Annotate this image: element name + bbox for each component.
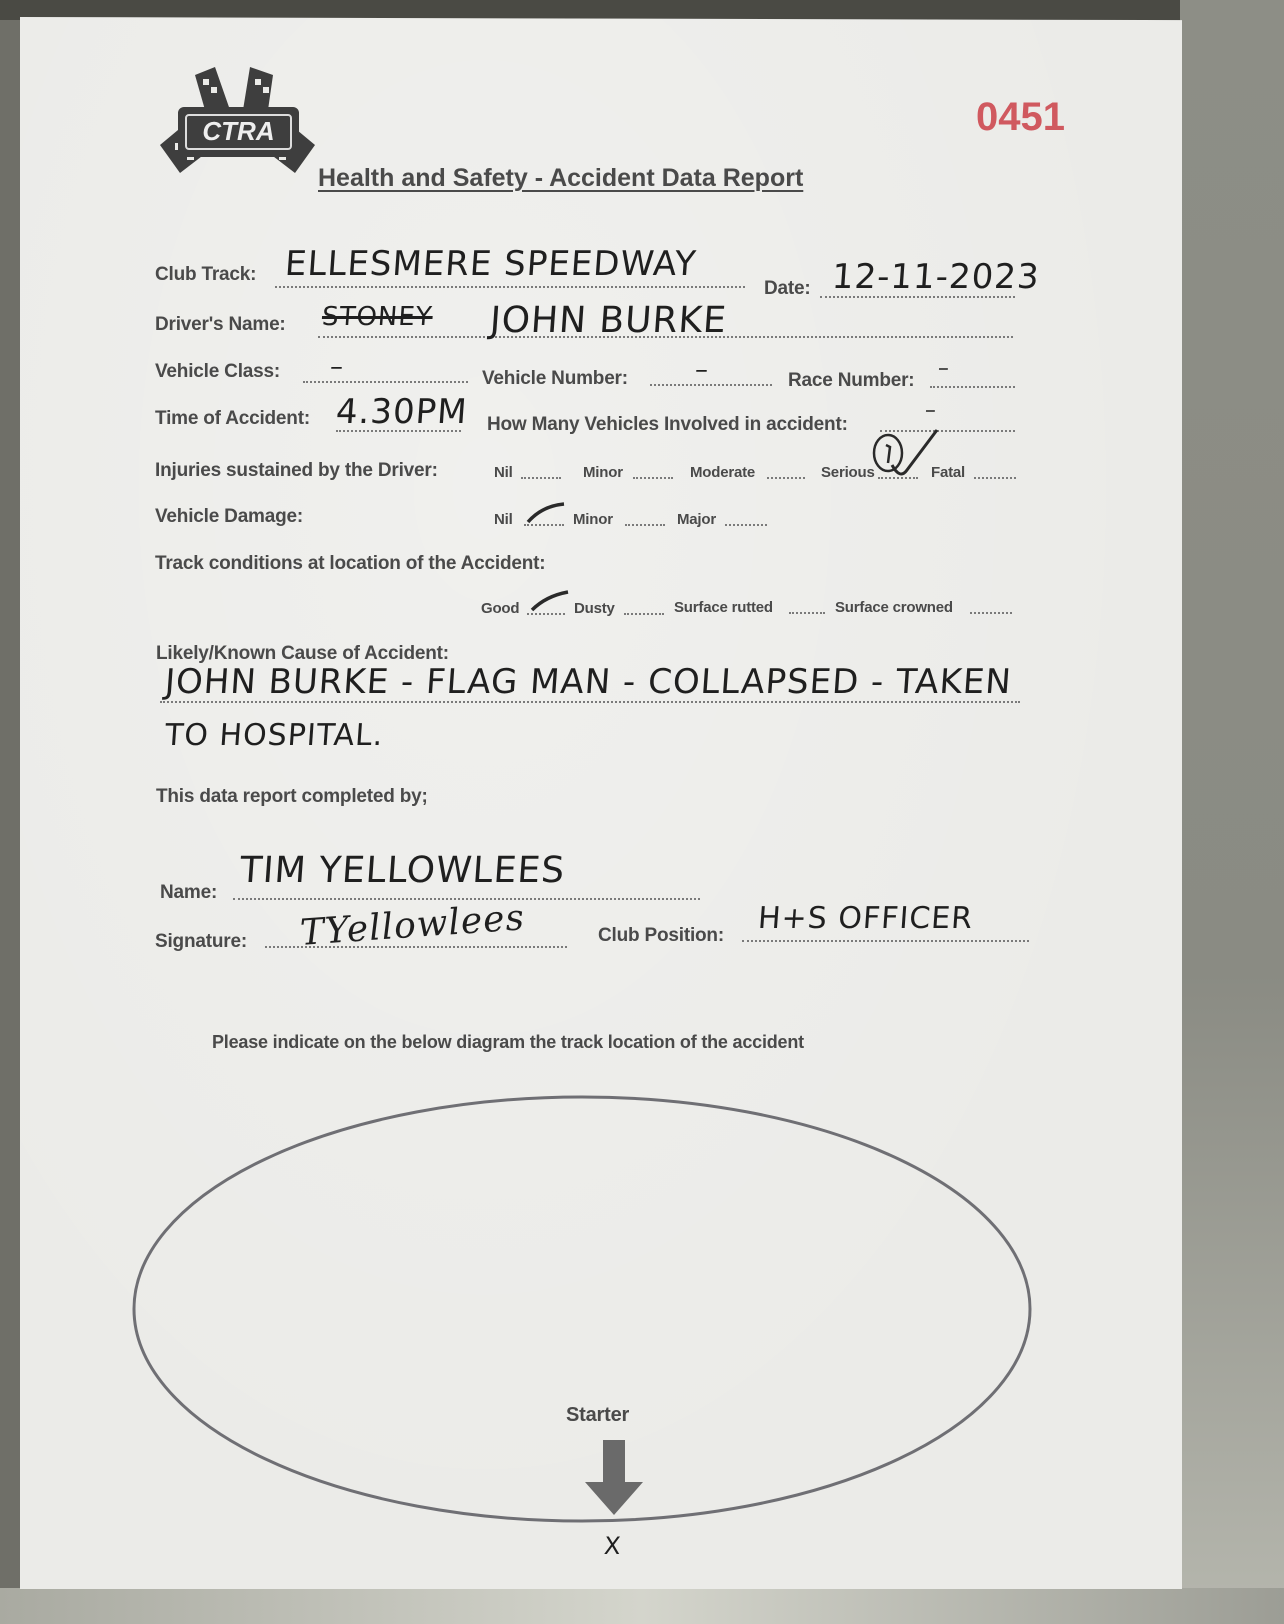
damage-major-line (725, 524, 767, 526)
vehicle-number-value[interactable]: – (694, 355, 710, 385)
vehicles-involved-value[interactable]: – (924, 398, 938, 423)
drivers-name-value[interactable]: JOHN BURKE (489, 300, 729, 341)
date-value[interactable]: 12-11-2023 (831, 257, 1041, 297)
club-track-value[interactable]: ELLESMERE SPEEDWAY (284, 244, 698, 284)
drivers-name-struck: STONEY (321, 302, 434, 332)
nil-checkmark-icon (524, 500, 569, 526)
injury-nil-line (521, 477, 561, 479)
injury-option-minor[interactable]: Minor (583, 464, 623, 481)
signature-label: Signature: (155, 931, 247, 953)
injuries-label: Injuries sustained by the Driver: (155, 460, 438, 482)
injury-moderate-line (767, 477, 805, 479)
track-crowned-line (970, 612, 1012, 614)
injury-option-nil[interactable]: Nil (494, 464, 513, 481)
track-option-good[interactable]: Good (481, 600, 519, 617)
track-dusty-line (624, 613, 664, 615)
race-number-value[interactable]: – (937, 356, 951, 381)
background-surface (1180, 0, 1284, 1624)
club-position-value[interactable]: H+S OFFICER (757, 901, 974, 936)
vehicle-number-label: Vehicle Number: (482, 368, 628, 390)
date-label: Date: (764, 278, 811, 300)
vehicle-class-label: Vehicle Class: (155, 361, 280, 383)
club-track-line (275, 286, 745, 288)
track-option-rutted[interactable]: Surface rutted (674, 599, 773, 616)
track-rutted-line (789, 612, 825, 614)
starter-arrow-head-icon (585, 1482, 643, 1515)
background-top (0, 0, 1284, 20)
cause-text-line-2[interactable]: TO HOSPITAL. (164, 718, 385, 753)
time-label: Time of Accident: (155, 408, 310, 430)
completed-by-heading: This data report completed by; (156, 786, 428, 808)
damage-option-major[interactable]: Major (677, 511, 716, 528)
vehicle-damage-label: Vehicle Damage: (155, 506, 303, 528)
starter-label: Starter (566, 1404, 629, 1427)
cause-text-line-1[interactable]: JOHN BURKE - FLAG MAN - COLLAPSED - TAKE… (164, 662, 1014, 702)
damage-option-nil[interactable]: Nil (494, 511, 513, 528)
starter-arrow-shaft (603, 1440, 625, 1485)
club-position-label: Club Position: (598, 925, 724, 947)
name-value[interactable]: TIM YELLOWLEES (239, 850, 567, 891)
vehicle-class-line (303, 381, 468, 383)
club-position-line (742, 940, 1029, 942)
vehicle-class-value[interactable]: – (329, 352, 345, 382)
time-value[interactable]: 4.30PM (335, 392, 469, 432)
damage-minor-line (625, 524, 665, 526)
injury-option-moderate[interactable]: Moderate (690, 464, 755, 481)
race-number-line (930, 386, 1015, 388)
report-title: Health and Safety - Accident Data Report (318, 164, 803, 193)
name-line (233, 898, 700, 900)
drivers-name-label: Driver's Name: (155, 314, 286, 336)
damage-option-minor[interactable]: Minor (573, 511, 613, 528)
race-number-label: Race Number: (788, 370, 914, 392)
good-checkmark-icon (528, 588, 573, 614)
background-foil (0, 1588, 1284, 1624)
ctra-logo: CTRA (178, 107, 299, 157)
name-label: Name: (160, 882, 217, 904)
vehicles-involved-label: How Many Vehicles Involved in accident: (487, 414, 848, 436)
logo-text: CTRA (185, 114, 292, 150)
club-track-label: Club Track: (155, 264, 256, 286)
serial-number: 0451 (976, 95, 1065, 140)
injury-fatal-line (974, 477, 1016, 479)
injury-minor-line (633, 477, 673, 479)
track-diagram[interactable] (130, 1095, 1040, 1535)
track-option-crowned[interactable]: Surface crowned (835, 599, 953, 616)
track-conditions-label: Track conditions at location of the Acci… (155, 553, 545, 575)
serious-checkmark-icon (862, 425, 952, 485)
track-option-dusty[interactable]: Dusty (574, 600, 615, 617)
vehicle-number-line (650, 384, 772, 386)
diagram-instruction: Please indicate on the below diagram the… (212, 1032, 804, 1053)
accident-location-mark: X (603, 1532, 622, 1560)
